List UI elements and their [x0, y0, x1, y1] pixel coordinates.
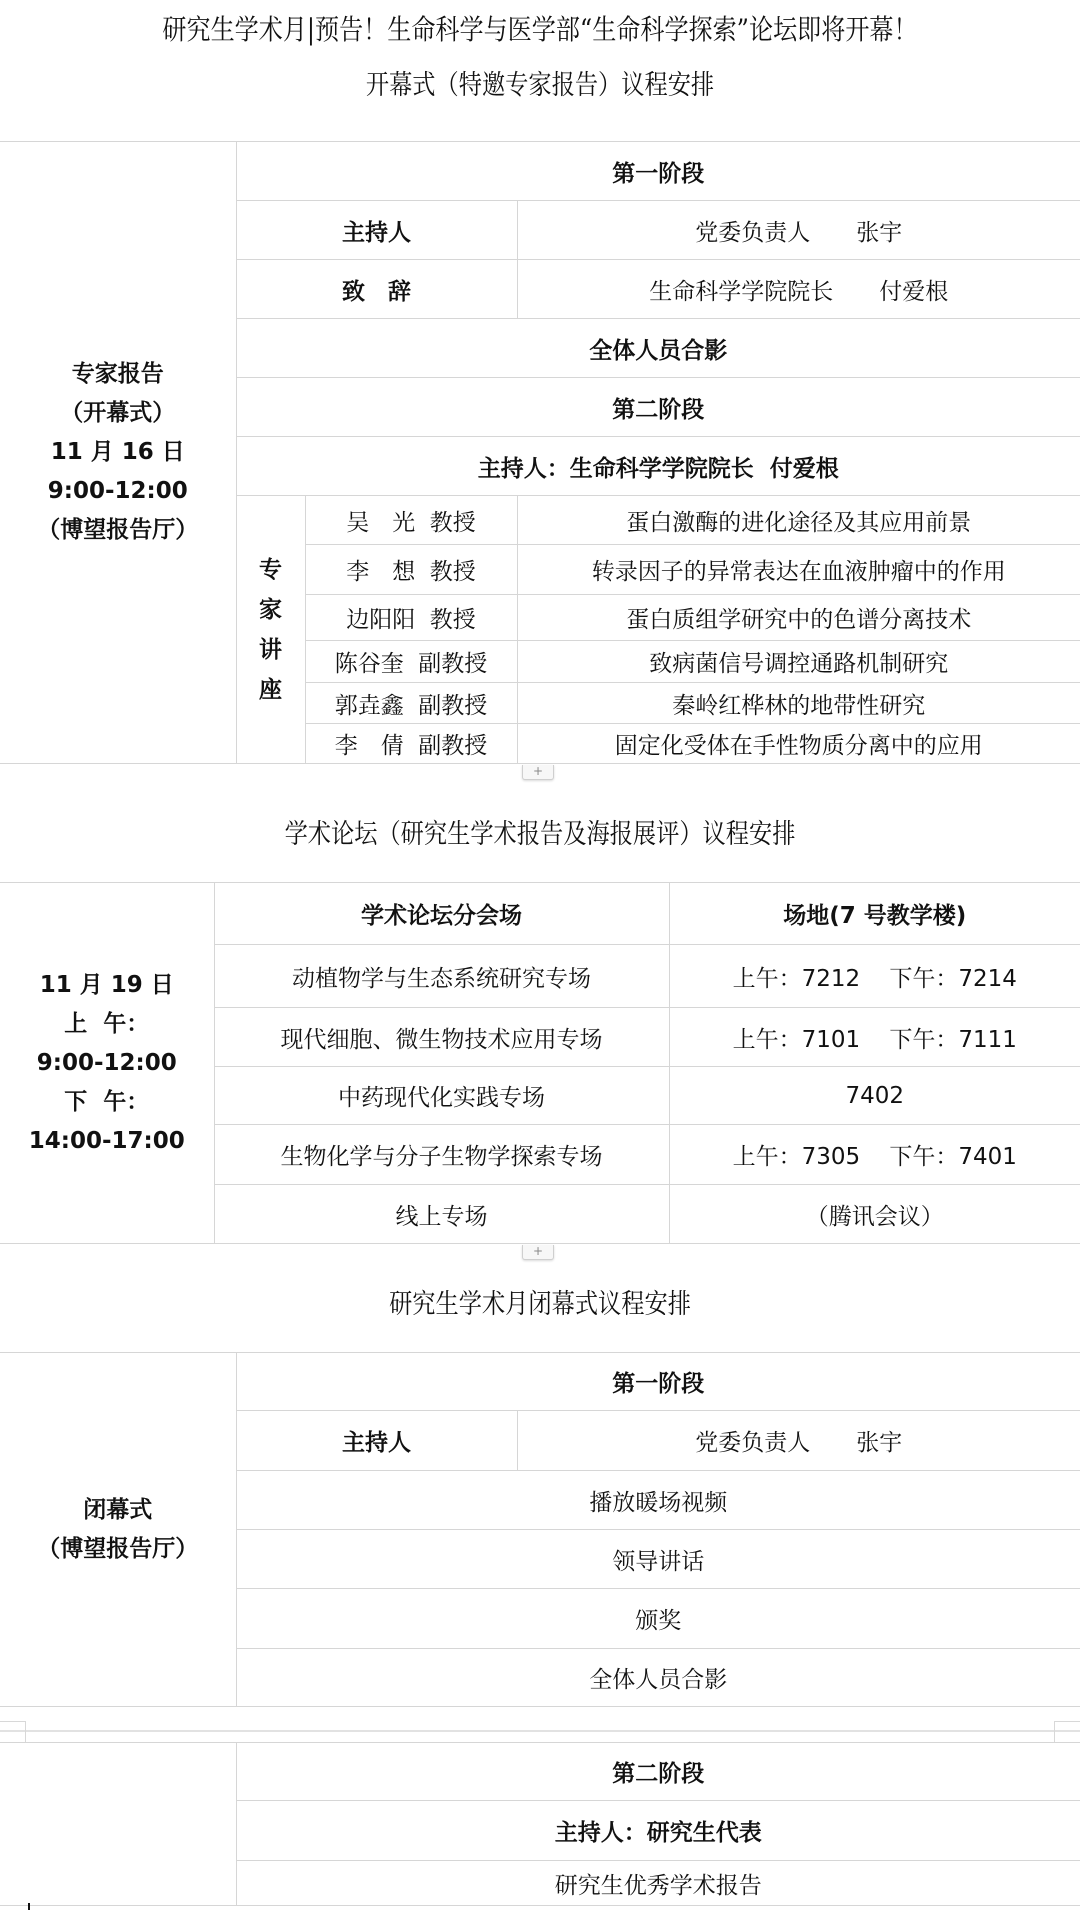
lecture-topic: 蛋白激酶的进化途径及其应用前景 — [517, 496, 1080, 545]
lecture-topic: 固定化受体在手性物质分离中的应用 — [517, 724, 1080, 764]
table-resize-handle-right[interactable] — [1054, 1721, 1080, 1743]
forum-header-session: 学术论坛分会场 — [214, 883, 669, 945]
opening-time: 9:00-12:00 — [0, 472, 236, 511]
opening-stage2-host: 主持人：生命科学学院院长 付爱根 — [236, 437, 1080, 496]
opening-section-title: 开幕式（特邀专家报告）议程安排 — [76, 63, 1005, 102]
lecture-group-char: 座 — [237, 670, 305, 710]
closing-stage2-host: 主持人：研究生代表 — [236, 1801, 1080, 1861]
forum-session-info: 11 月 19 日 上 午： 9:00-12:00 下 午： 14:00-17:… — [0, 883, 214, 1244]
lecture-group-char: 专 — [237, 550, 305, 590]
forum-section-title: 学术论坛（研究生学术报告及海报展评）议程安排 — [76, 812, 1005, 851]
forum-afternoon-time: 14:00-17:00 — [0, 1122, 214, 1161]
opening-sublabel: （开幕式） — [0, 394, 236, 433]
closing-stage1-label: 第一阶段 — [236, 1353, 1080, 1411]
closing-item: 领导讲话 — [236, 1530, 1080, 1589]
forum-header-venue: 场地(7 号教学楼) — [669, 883, 1080, 945]
closing-item: 全体人员合影 — [236, 1649, 1080, 1707]
text-cursor — [28, 1903, 30, 1910]
opening-stage1-label: 第一阶段 — [236, 142, 1080, 201]
closing-label: 闭幕式 — [0, 1491, 236, 1530]
opening-date: 11 月 16 日 — [0, 433, 236, 472]
lecture-topic: 致病菌信号调控通路机制研究 — [517, 641, 1080, 683]
table-resize-handle-left[interactable] — [0, 1721, 26, 1743]
forum-date: 11 月 19 日 — [0, 966, 214, 1005]
closing-session-info: 闭幕式 （博望报告厅） — [0, 1353, 236, 1707]
lecture-speaker: 吴 光 教授 — [305, 496, 517, 545]
lecture-speaker: 李 倩 副教授 — [305, 724, 517, 764]
forum-afternoon-label: 下 午： — [0, 1083, 214, 1122]
forum-morning-label: 上 午： — [0, 1005, 214, 1044]
closing-stage2-table: 第二阶段 主持人：研究生代表 研究生优秀学术报告 — [0, 1742, 1080, 1906]
add-row-button[interactable]: + — [522, 1245, 554, 1260]
forum-session: 线上专场 — [214, 1185, 669, 1244]
add-row-button[interactable]: + — [522, 765, 554, 780]
forum-venue: 上午：7305 下午：7401 — [669, 1125, 1080, 1185]
closing-item: 播放暖场视频 — [236, 1471, 1080, 1530]
closing-host-value: 党委负责人 张宇 — [517, 1411, 1080, 1471]
forum-morning-time: 9:00-12:00 — [0, 1044, 214, 1083]
forum-session: 动植物学与生态系统研究专场 — [214, 945, 669, 1008]
opening-speech-value: 生命科学学院院长 付爱根 — [517, 260, 1080, 319]
lecture-speaker: 陈谷奎 副教授 — [305, 641, 517, 683]
closing-stage2-label: 第二阶段 — [236, 1743, 1080, 1801]
closing-agenda-table: 闭幕式 （博望报告厅） 第一阶段 主持人 党委负责人 张宇 播放暖场视频 领导讲… — [0, 1352, 1080, 1707]
opening-agenda-table: 专家报告 （开幕式） 11 月 16 日 9:00-12:00 （博望报告厅） … — [0, 141, 1080, 764]
main-title: 研究生学术月|预告！生命科学与医学部“生命科学探索”论坛即将开幕！ — [76, 8, 1005, 48]
opening-session-info: 专家报告 （开幕式） 11 月 16 日 9:00-12:00 （博望报告厅） — [0, 142, 236, 764]
forum-session: 生物化学与分子生物学探索专场 — [214, 1125, 669, 1185]
lecture-speaker: 郭垚鑫 副教授 — [305, 683, 517, 724]
forum-venue: 上午：7212 下午：7214 — [669, 945, 1080, 1008]
closing-host-label: 主持人 — [236, 1411, 517, 1471]
closing-venue: （博望报告厅） — [0, 1530, 236, 1569]
page-break-line — [0, 1730, 1080, 1732]
lecture-topic: 转录因子的异常表达在血液肿瘤中的作用 — [517, 545, 1080, 595]
lecture-topic: 蛋白质组学研究中的色谱分离技术 — [517, 595, 1080, 641]
closing-item: 颁奖 — [236, 1589, 1080, 1649]
lecture-group-char: 家 — [237, 590, 305, 630]
opening-group-photo: 全体人员合影 — [236, 319, 1080, 378]
opening-speech-label: 致 辞 — [236, 260, 517, 319]
forum-session: 中药现代化实践专场 — [214, 1067, 669, 1125]
forum-venue: （腾讯会议） — [669, 1185, 1080, 1244]
forum-session: 现代细胞、微生物技术应用专场 — [214, 1008, 669, 1067]
forum-venue: 上午：7101 下午：7111 — [669, 1008, 1080, 1067]
closing-stage2-item: 研究生优秀学术报告 — [236, 1861, 1080, 1906]
lecture-group-char: 讲 — [237, 630, 305, 670]
closing-stage2-left-cell — [0, 1743, 236, 1906]
closing-section-title: 研究生学术月闭幕式议程安排 — [76, 1282, 1005, 1321]
lecture-speaker: 边阳阳 教授 — [305, 595, 517, 641]
forum-agenda-table: 11 月 19 日 上 午： 9:00-12:00 下 午： 14:00-17:… — [0, 882, 1080, 1244]
forum-venue: 7402 — [669, 1067, 1080, 1125]
opening-host-label: 主持人 — [236, 201, 517, 260]
opening-stage2-label: 第二阶段 — [236, 378, 1080, 437]
lecture-topic: 秦岭红桦林的地带性研究 — [517, 683, 1080, 724]
lecture-group-label: 专 家 讲 座 — [236, 496, 305, 764]
opening-label: 专家报告 — [0, 355, 236, 394]
opening-host-value: 党委负责人 张宇 — [517, 201, 1080, 260]
lecture-speaker: 李 想 教授 — [305, 545, 517, 595]
opening-venue: （博望报告厅） — [0, 511, 236, 550]
